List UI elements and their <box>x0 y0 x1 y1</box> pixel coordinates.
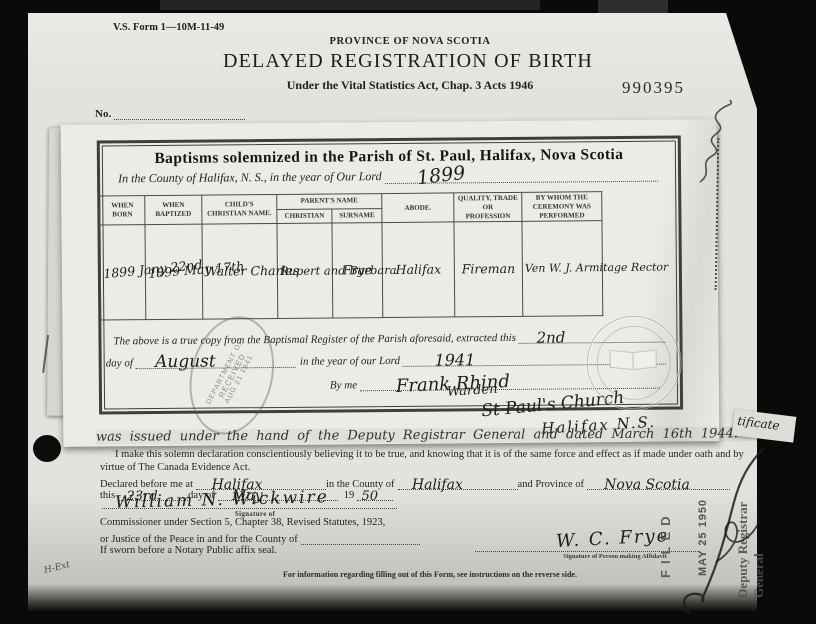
punch-hole <box>33 435 61 462</box>
year-field2: 50 <box>357 487 393 501</box>
paper-bottom-shadow <box>28 585 757 611</box>
table-row: 1899 Jany 22nd 1899 May 17th Walter Char… <box>100 221 603 320</box>
commissioner-line2-text: or Justice of the Peace in and for the C… <box>100 534 301 545</box>
day-of-label: day of <box>106 357 136 369</box>
cell-by-whom: Ven W. J. Armitage Rector <box>522 221 603 317</box>
year-written2: 50 <box>362 489 379 504</box>
footer-note: For information regarding filling out of… <box>230 570 630 579</box>
embossed-seal <box>586 315 681 410</box>
scanned-document-page: { "colors": { "background": "#0a0a0a", "… <box>0 0 816 624</box>
filed-stamp: FILED <box>658 486 673 578</box>
baptism-table: WHEN BORN WHEN BAPTIZED CHILD'S CHRISTIA… <box>99 191 603 321</box>
year-printed: 19 <box>338 490 358 501</box>
page-title: DELAYED REGISTRATION OF BIRTH <box>208 50 608 73</box>
affiant-caption: Signature of Person making Affidavit <box>530 553 700 560</box>
scan-artifact <box>598 0 668 14</box>
col-childs-name: CHILD'S CHRISTIAN NAME. <box>202 194 277 224</box>
notary-line: If sworn before a Notary Public affix se… <box>100 545 277 556</box>
act-line: Under the Vital Statistics Act, Chap. 3 … <box>240 78 580 93</box>
extract-day-written: 2nd <box>536 328 565 346</box>
county-blank-field <box>301 531 420 545</box>
seal-book-right <box>633 349 657 370</box>
warden-title: Warden <box>447 382 498 400</box>
deputy-registrar-signature <box>676 442 778 622</box>
col-by-whom: BY WHOM THE CEREMONY WAS PERFORMED <box>522 192 602 222</box>
baptism-certificate-paper: Baptisms solemnized in the Parish of St.… <box>61 119 720 447</box>
cell-when-born: 1899 Jany 22nd <box>96 223 150 322</box>
margin-squiggle <box>692 98 738 186</box>
scan-artifact <box>160 0 540 10</box>
cell-quality: Fireman <box>454 222 523 318</box>
solemn-line1: I make this solemn declaration conscient… <box>115 449 755 460</box>
col-when-baptized: WHEN BAPTIZED <box>145 195 202 225</box>
by-me-label: By me <box>330 379 360 391</box>
year-1941-written: 1941 <box>434 350 475 369</box>
year-field: 1899 <box>385 168 659 184</box>
no-label: No. <box>95 108 114 120</box>
cell-when-baptized: 1899 May 17th <box>142 223 206 322</box>
commissioner-line2: or Justice of the Peace in and for the C… <box>100 526 420 545</box>
col-when-born: WHEN BORN <box>100 196 145 226</box>
commissioner-signature-line <box>102 508 397 509</box>
seal-book-left <box>610 350 634 370</box>
certificate-subheading: In the County of Halifax, N. S., in the … <box>118 169 385 186</box>
province-label: and Province of <box>518 479 587 490</box>
no-field: No. <box>95 106 245 120</box>
province-line: PROVINCE OF NOVA SCOTIA <box>240 36 580 47</box>
col-christian: CHRISTIAN <box>277 209 332 224</box>
col-parents-name: PARENT'S NAME <box>277 194 382 210</box>
col-quality: QUALITY, TRADE OR PROFESSION <box>454 192 522 222</box>
form-number: V.S. Form 1—10M-11-49 <box>113 22 224 33</box>
col-abode: ABODE. <box>382 193 454 223</box>
cell-parent-christian: Rupert and Barbara <box>277 223 333 318</box>
col-surname: SURNAME <box>332 208 382 223</box>
no-field-line <box>114 106 245 120</box>
year-of-lord-label: in the year of our Lord <box>296 355 403 368</box>
serial-number: 990395 <box>622 78 685 98</box>
scrap-text: tificate <box>737 414 781 433</box>
